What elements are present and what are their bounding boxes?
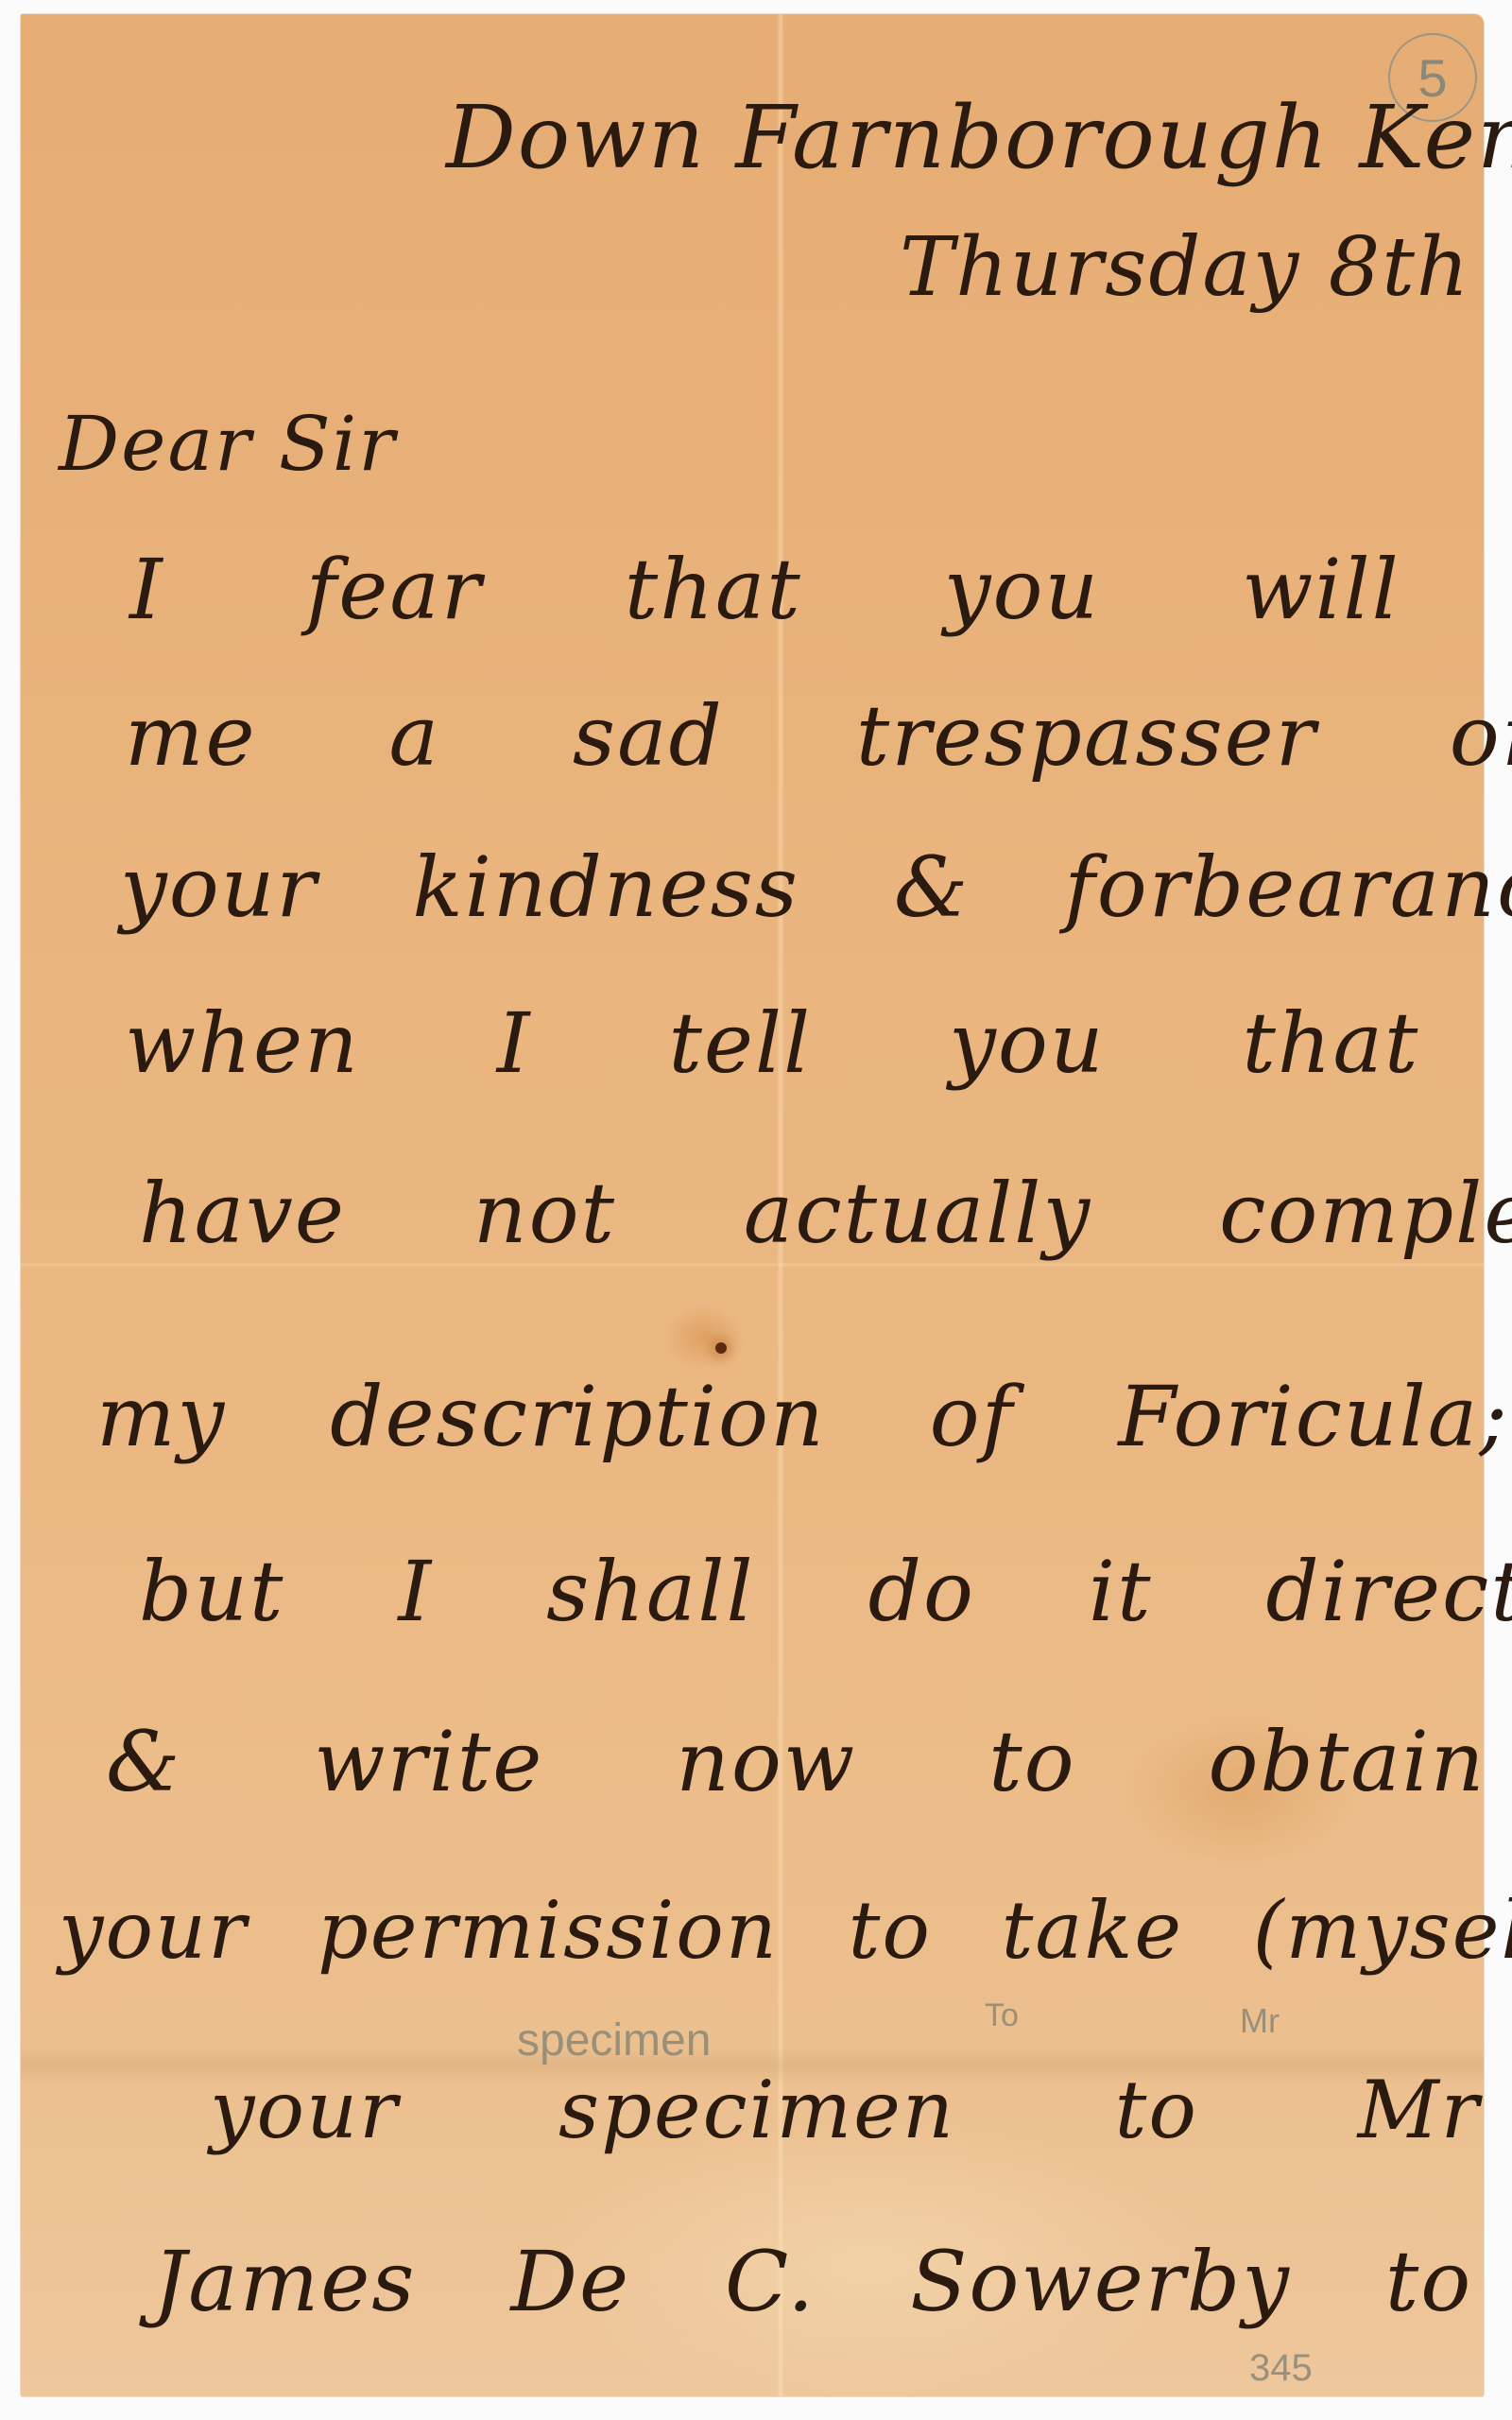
- body-line-5: have not actually completed: [139, 1172, 1512, 1255]
- horizontal-fold-crease: [21, 1262, 1484, 1268]
- body-line-7: but I shall do it directly: [139, 1550, 1512, 1633]
- foxing-spot: [715, 1342, 727, 1354]
- body-line-1: I fear that you will think: [129, 548, 1512, 631]
- body-line-4: when I tell you that I: [125, 1002, 1512, 1085]
- body-line-2: me a sad trespasser on: [125, 695, 1512, 778]
- body-line-9: your permission to take (myself): [59, 1891, 1512, 1970]
- body-line-10: your specimen to Mr: [210, 2070, 1481, 2150]
- pencil-note-to: To: [985, 1999, 1019, 2031]
- letter-page: 5 Down Farnborough Kent Thursday 8th Dea…: [21, 14, 1484, 2396]
- body-line-3: your kindness & forbearance,: [120, 846, 1512, 929]
- pencil-note-mr: Mr: [1240, 2004, 1280, 2038]
- body-line-8: & write now to obtain: [106, 1720, 1486, 1804]
- catalog-number: 345: [1249, 2349, 1313, 2387]
- salutation: Dear Sir: [59, 406, 396, 482]
- address-line: Down Farnborough Kent: [446, 95, 1512, 181]
- date-line: Thursday 8th: [900, 227, 1470, 308]
- body-line-11: James De C. Sowerby to: [153, 2240, 1472, 2324]
- pencil-note-specimen: specimen: [517, 2018, 711, 2064]
- body-line-6: my description of Foricula;: [96, 1375, 1509, 1459]
